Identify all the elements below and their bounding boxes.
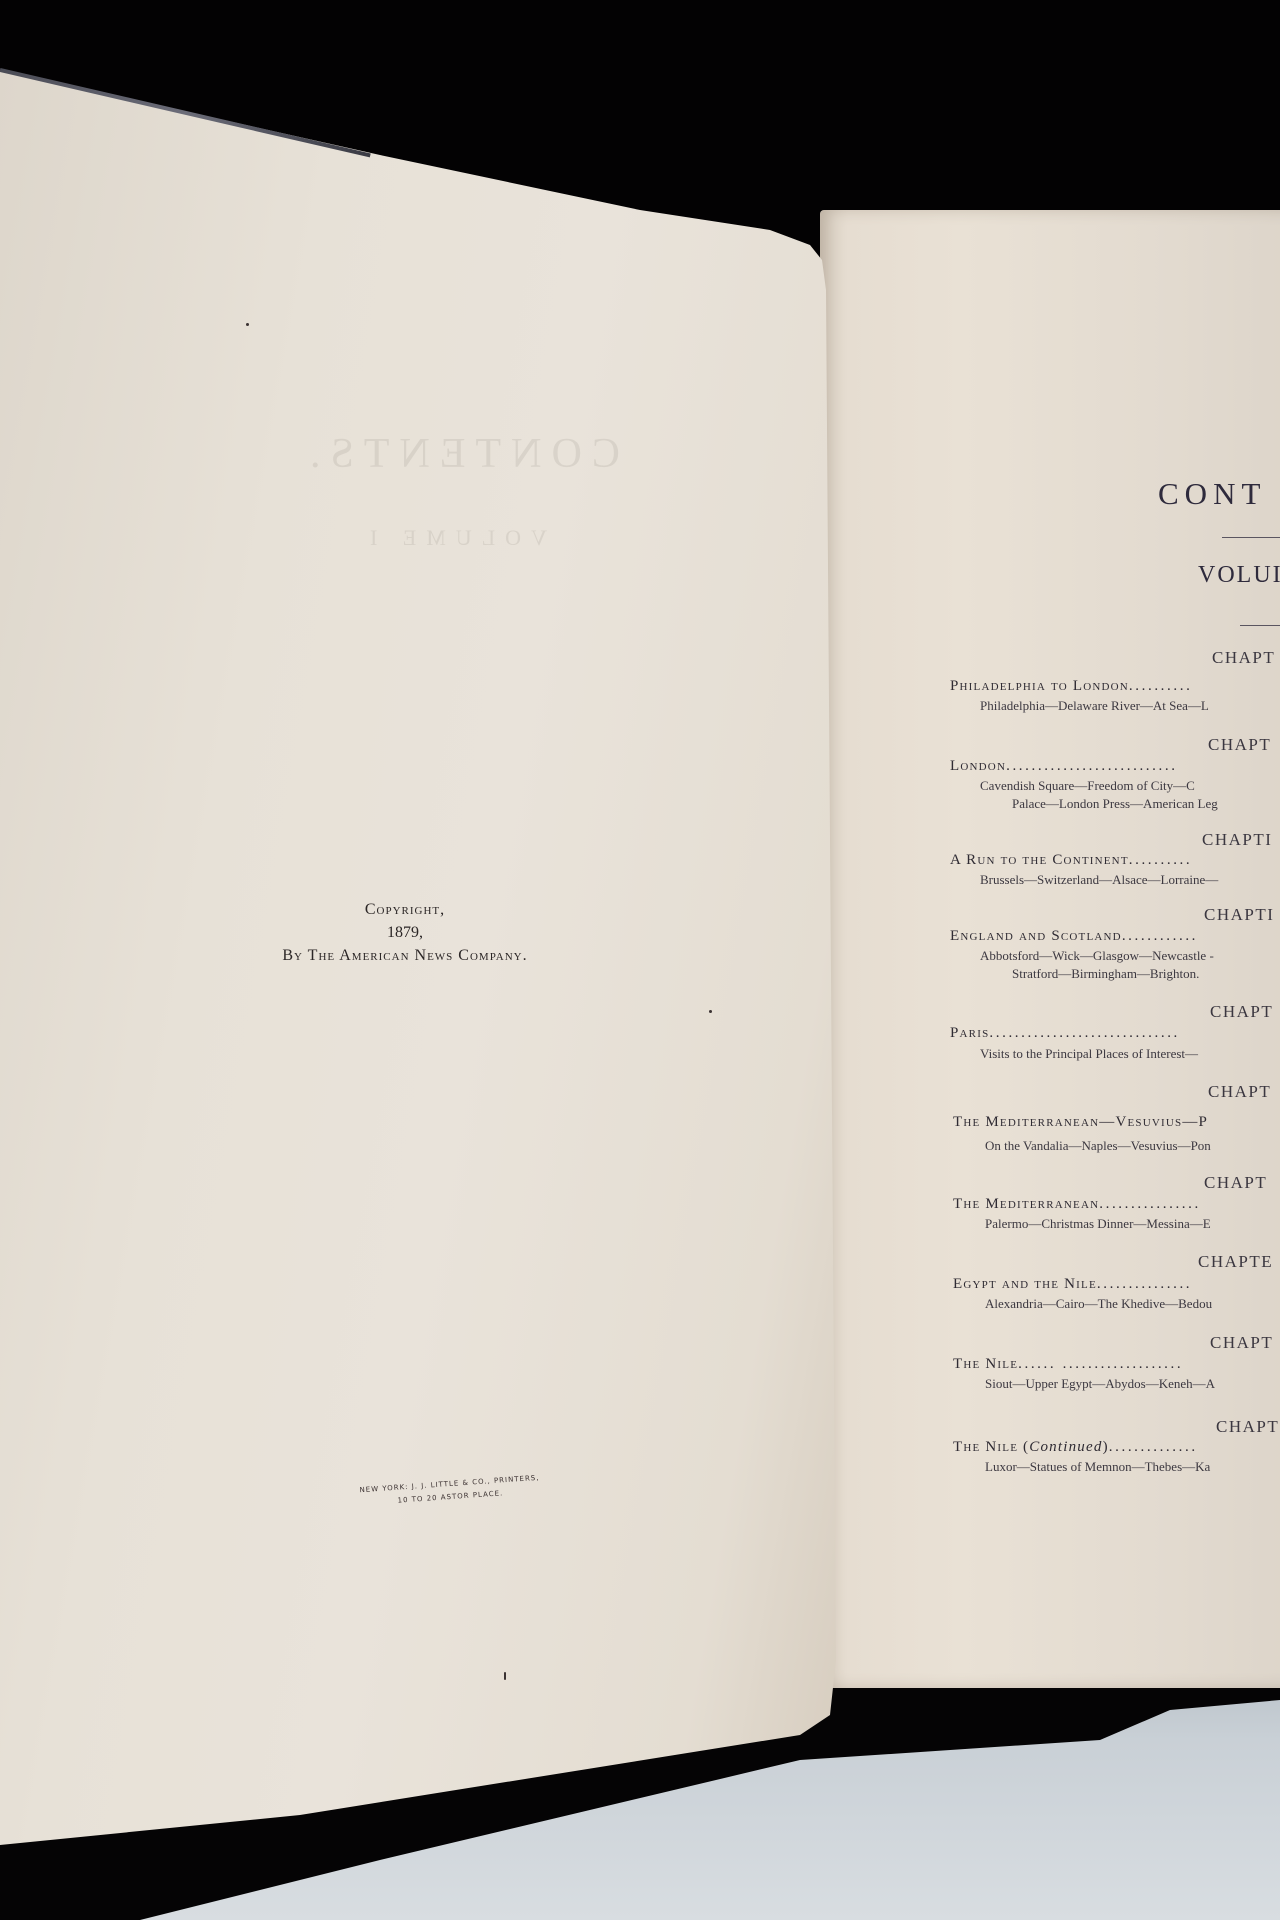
chapter-heading: CHAPTE <box>1198 1252 1273 1272</box>
leader-dots: ............... <box>1097 1276 1192 1292</box>
toc-entry-description: Abbotsford—Wick—Glasgow—Newcastle -Strat… <box>980 947 1214 983</box>
toc-entry-title[interactable]: London........................... <box>950 758 1280 775</box>
toc-entry-title[interactable]: The Mediterranean................ <box>953 1196 1280 1213</box>
leader-dots: ................ <box>1099 1196 1201 1212</box>
toc-entry-title[interactable]: A Run to the Continent.......... <box>950 852 1280 869</box>
description-line-1: Cavendish Square—Freedom of City—C <box>980 778 1195 793</box>
toc-entry-description: Philadelphia—Delaware River—At Sea—L <box>980 697 1209 715</box>
entry-title-text: A Run to the Continent <box>950 852 1129 868</box>
description-line-1: Visits to the Principal Places of Intere… <box>980 1046 1198 1061</box>
entry-title-text: The Nile <box>953 1356 1018 1372</box>
entry-title-text: Egypt and the Nile <box>953 1276 1097 1292</box>
chapter-heading: CHAPT <box>1210 1333 1273 1353</box>
entry-title-italic: Continued <box>1029 1439 1102 1455</box>
leader-dots: ...... ................... <box>1018 1356 1183 1372</box>
bleed-through-title: CONTENTS. <box>300 430 620 478</box>
leader-dots: .......... <box>1129 852 1193 868</box>
entry-title-text: London <box>950 758 1006 774</box>
leader-dots: ............ <box>1122 928 1198 944</box>
volume-rule <box>1240 625 1280 626</box>
description-line-1: Abbotsford—Wick—Glasgow—Newcastle - <box>980 948 1214 963</box>
entry-title-text: Philadelphia to London <box>950 678 1129 694</box>
description-line-2: Palace—London Press—American Leg <box>980 795 1218 813</box>
description-line-1: Brussels—Switzerland—Alsace—Lorraine— <box>980 872 1218 887</box>
leader-dots: ........................... <box>1006 758 1177 774</box>
description-line-1: Palermo—Christmas Dinner—Messina—E <box>985 1216 1211 1231</box>
toc-entry-description: Palermo—Christmas Dinner—Messina—E <box>985 1215 1211 1233</box>
chapter-heading: CHAPT <box>1216 1417 1279 1437</box>
chapter-heading: CHAPT <box>1208 735 1271 755</box>
copyright-label: Copyright, <box>230 898 580 921</box>
description-line-1: Philadelphia—Delaware River—At Sea—L <box>980 698 1209 713</box>
leader-dots: .......... <box>1129 678 1193 694</box>
paper-speck <box>709 1010 712 1013</box>
toc-entry-title[interactable]: The Nile (Continued).............. <box>953 1439 1280 1456</box>
copyright-year: 1879, <box>230 921 580 944</box>
title-rule <box>1222 537 1280 538</box>
leader-dots: .............. <box>1109 1439 1198 1455</box>
entry-title-text: The Mediterranean <box>953 1196 1099 1212</box>
description-line-1: Alexandria—Cairo—The Khedive—Bedou <box>985 1296 1212 1311</box>
toc-entry-description: On the Vandalia—Naples—Vesuvius—Pon <box>985 1137 1211 1155</box>
volume-title: VOLUI <box>1198 562 1280 589</box>
chapter-heading: CHAPT <box>1208 1082 1271 1102</box>
toc-entry-description: Brussels—Switzerland—Alsace—Lorraine— <box>980 871 1218 889</box>
toc-entry-title[interactable]: The Mediterranean—Vesuvius—P <box>953 1114 1280 1131</box>
toc-entry-description: Visits to the Principal Places of Intere… <box>980 1045 1198 1063</box>
chapter-heading: CHAPT <box>1204 1173 1267 1193</box>
toc-entry-description: Cavendish Square—Freedom of City—CPalace… <box>980 777 1218 813</box>
toc-entry-title[interactable]: England and Scotland............ <box>950 928 1280 945</box>
chapter-heading: CHAPT <box>1210 1002 1273 1022</box>
toc-entry-title[interactable]: Paris.............................. <box>950 1025 1280 1042</box>
description-line-1: Siout—Upper Egypt—Abydos—Keneh—A <box>985 1376 1215 1391</box>
description-line-2: Stratford—Birmingham—Brighton. <box>980 965 1214 983</box>
bleed-through-subtitle: VOLUME I <box>360 525 547 551</box>
entry-title-text: England and Scotland <box>950 928 1122 944</box>
paper-speck <box>246 323 249 326</box>
toc-entry-title[interactable]: The Nile...... ................... <box>953 1356 1280 1373</box>
description-line-1: On the Vandalia—Naples—Vesuvius—Pon <box>985 1138 1211 1153</box>
chapter-heading: CHAPT <box>1212 648 1275 668</box>
chapter-heading: CHAPTI <box>1204 905 1274 925</box>
toc-entry-title[interactable]: Philadelphia to London.......... <box>950 678 1280 695</box>
toc-entry-description: Luxor—Statues of Memnon—Thebes—Ka <box>985 1458 1210 1476</box>
toc-entry-description: Siout—Upper Egypt—Abydos—Keneh—A <box>985 1375 1215 1393</box>
copyright-holder: By The American News Company. <box>230 944 580 967</box>
description-line-1: Luxor—Statues of Memnon—Thebes—Ka <box>985 1459 1210 1474</box>
paper-mark <box>504 1672 506 1680</box>
entry-title-text: The Mediterranean—Vesuvius—P <box>953 1114 1208 1130</box>
toc-entry-title[interactable]: Egypt and the Nile............... <box>953 1276 1280 1293</box>
toc-entry-description: Alexandria—Cairo—The Khedive—Bedou <box>985 1295 1212 1313</box>
copyright-block: Copyright, 1879, By The American News Co… <box>230 898 580 967</box>
leader-dots: .............................. <box>989 1025 1180 1041</box>
contents-title: CONT <box>1158 476 1266 512</box>
entry-title-text: Paris <box>950 1025 989 1041</box>
entry-title-text: The Nile ( <box>953 1439 1029 1455</box>
chapter-heading: CHAPTI <box>1202 830 1272 850</box>
